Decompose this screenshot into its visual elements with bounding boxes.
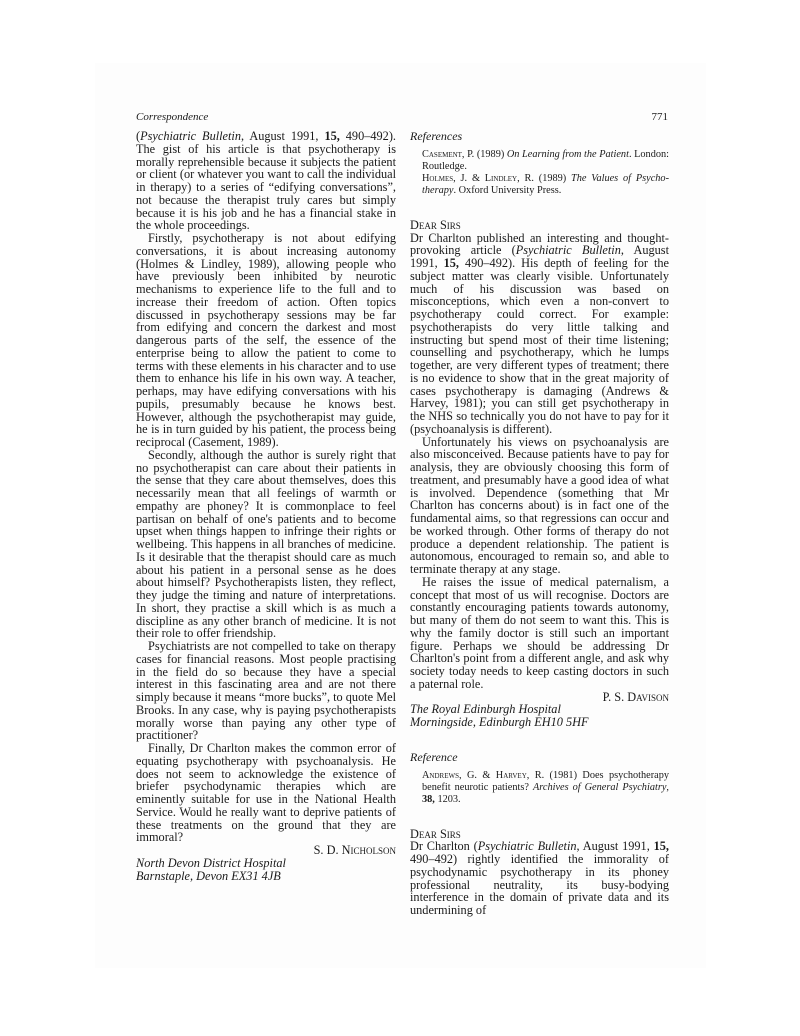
paragraph-text: 490–492). His depth of feeling for the s…: [410, 256, 669, 436]
letter3-paragraph-1: Dr Charlton (Psychiatric Bulletin, Augus…: [410, 840, 669, 917]
references-heading: References: [410, 130, 669, 143]
letter1-paragraph-1: (Psychiatric Bulletin, August 1991, 15, …: [136, 130, 396, 232]
letter2-address-line2: Morningside, Edinburgh EH10 5HF: [410, 716, 669, 729]
letter1-address-line2: Barnstaple, Devon EX31 4JB: [136, 870, 396, 883]
letter2-reference-heading: Reference: [410, 751, 669, 764]
letter1-paragraph-2: Firstly, psychotherapy is not about edif…: [136, 232, 396, 449]
reference-punctuation: ,: [666, 782, 669, 793]
reference-year: (1989): [474, 149, 507, 160]
reference-item: Casement, P. (1989) On Learning from the…: [410, 149, 669, 173]
letter1-paragraph-4: Psychiatrists are not compelled to take …: [136, 640, 396, 742]
reference-item: Andrews, G. & Harvey, R. (1981) Does psy…: [410, 770, 669, 806]
reference-volume: 38,: [422, 794, 435, 805]
reference-item: Holmes, J. & Lindley, R. (1989) The Valu…: [410, 173, 669, 197]
letter2-paragraph-3: He raises the issue of medical paternali…: [410, 576, 669, 691]
letter2-paragraph-2: Unfortunately his views on psychoanalysi…: [410, 436, 669, 576]
right-column: References Casement, P. (1989) On Learni…: [410, 130, 669, 917]
letter2-paragraph-1: Dr Charlton published an interesting and…: [410, 232, 669, 436]
reference-title: On Learning from the Patient: [507, 149, 629, 160]
reference-year: (1989): [534, 173, 571, 184]
reference-authors: Andrews, G. & Harvey, R.: [422, 770, 544, 781]
letter1-address-line1: North Devon District Hospital: [136, 857, 396, 870]
reference-authors: Casement, P.: [422, 149, 474, 160]
reference-publisher: . Oxford University Press.: [453, 185, 561, 196]
reference-authors: Holmes, J. & Lindley, R.: [422, 173, 534, 184]
left-column: (Psychiatric Bulletin, August 1991, 15, …: [136, 130, 396, 882]
letter1-paragraph-3: Secondly, although the author is surely …: [136, 449, 396, 640]
paragraph-text: 490–492). The gist of his article is tha…: [136, 129, 396, 232]
running-head: Correspondence: [136, 111, 208, 123]
paragraph-text: 490–492) rightly identified the immorali…: [410, 852, 669, 917]
reference-journal: Archives of General Psychiatry: [533, 782, 666, 793]
reference-pages: 1203.: [435, 794, 461, 805]
letter1-signature: S. D. Nicholson: [136, 844, 396, 857]
letter1-paragraph-5: Finally, Dr Charlton makes the common er…: [136, 742, 396, 844]
page-number: 771: [650, 111, 668, 123]
